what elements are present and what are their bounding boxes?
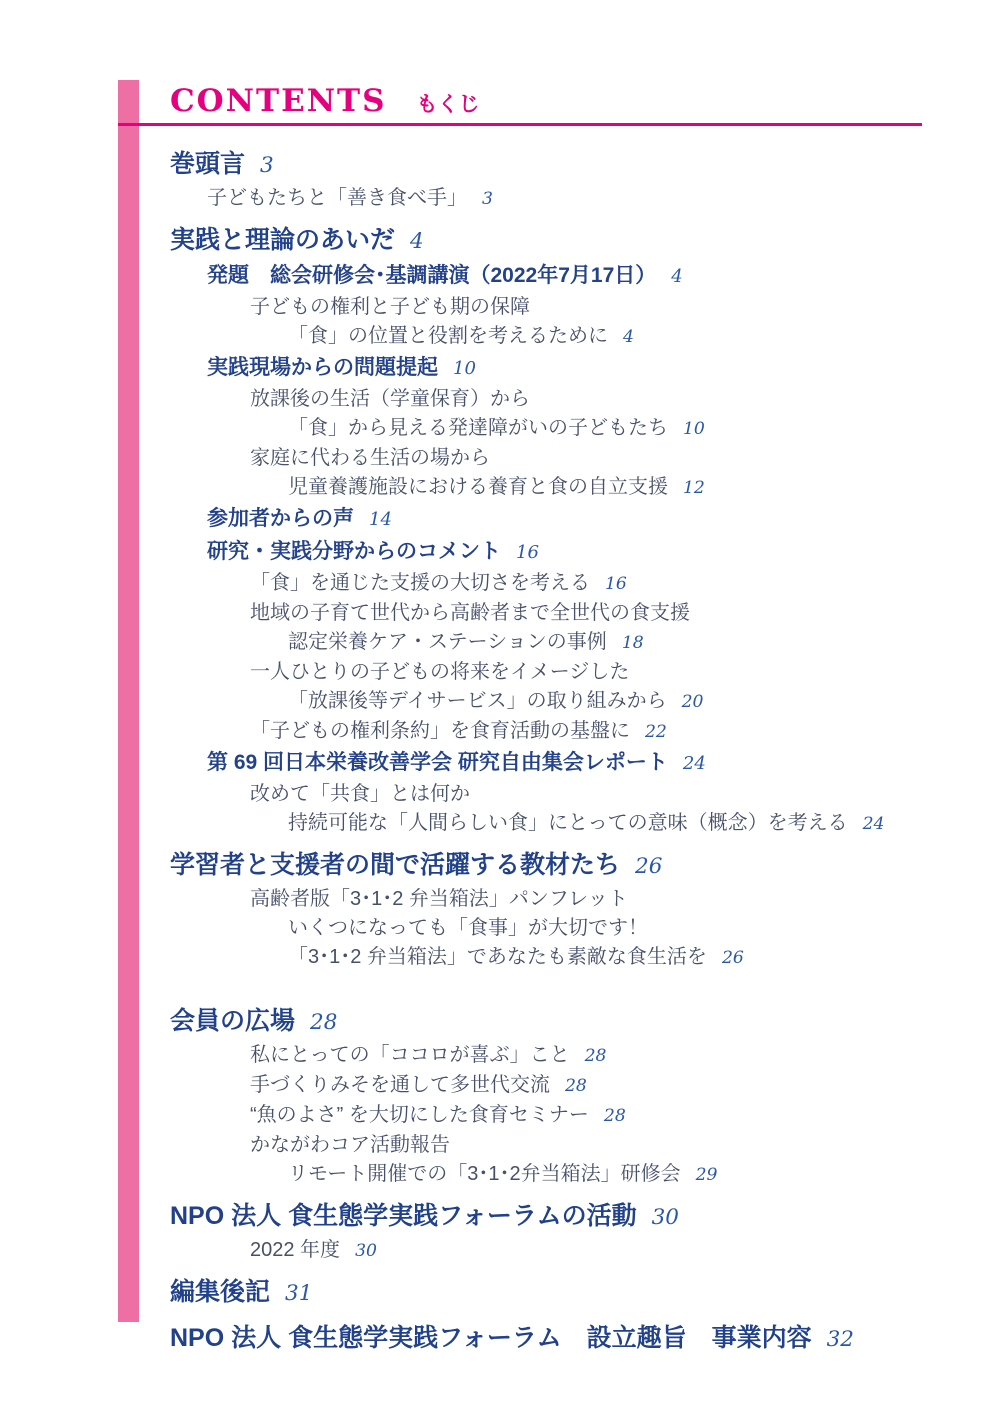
toc-entry-title: 2022 年度: [250, 1239, 340, 1261]
toc-entry: NPO 法人 食生態学実践フォーラムの活動30: [170, 1198, 960, 1236]
toc-entry: 児童養護施設における養育と食の自立支援12: [288, 473, 960, 503]
toc-entry-title: 編集後記: [170, 1278, 270, 1306]
toc-entry: 巻頭言3: [170, 146, 960, 184]
toc-entry: 子どもの権利と子ども期の保障: [250, 293, 960, 322]
toc-entry: 一人ひとりの子どもの将来をイメージした: [250, 658, 960, 687]
toc-entry-title: 発題 総会研修会･基調講演（2022年7月17日）: [207, 264, 656, 287]
toc-entry-title: 子どもたちと「善き食べ手」: [207, 187, 467, 209]
toc-entry: リモート開催での「3･1･2弁当箱法」研修会29: [288, 1160, 960, 1190]
toc-entry-page-number: 10: [453, 358, 476, 379]
toc-entry-page-number: 4: [671, 266, 682, 287]
toc-entry-title: 持続可能な「人間らしい食」にとっての意味（概念）を考える: [288, 812, 848, 834]
toc-entry-title: NPO 法人 食生態学実践フォーラム 設立趣旨 事業内容: [170, 1324, 812, 1352]
toc-entry-page-number: 10: [683, 419, 705, 439]
toc-entry-title: 「食」の位置と役割を考えるために: [288, 325, 608, 347]
toc-entry: 「食」を通じた支援の大切さを考える16: [250, 569, 960, 599]
toc-entry: 子どもたちと「善き食べ手」3: [207, 184, 960, 214]
toc-entry-page-number: 28: [565, 1076, 587, 1096]
toc-entry: 高齢者版「3･1･2 弁当箱法」パンフレット: [250, 885, 960, 914]
contents-header: CONTENTS もくじ: [170, 84, 480, 118]
toc-entry-title: 会員の広場: [170, 1007, 295, 1035]
toc-entry-page-number: 14: [369, 509, 392, 530]
toc-entry-page-number: 18: [622, 633, 644, 653]
toc-entry-title: 「食」を通じた支援の大切さを考える: [250, 572, 590, 594]
toc-entry-page-number: 28: [585, 1046, 607, 1066]
toc-entry-page-number: 30: [652, 1205, 679, 1230]
left-accent-bar: [118, 80, 139, 1322]
toc-entry-title: 児童養護施設における養育と食の自立支援: [288, 476, 668, 498]
toc-entry: 地域の子育て世代から高齢者まで全世代の食支援: [250, 599, 960, 628]
toc-entry: 改めて「共食」とは何か: [250, 780, 960, 809]
toc-entry-title: 認定栄養ケア・ステーションの事例: [288, 631, 607, 653]
toc-entry-title: “魚のよさ” を大切にした食育セミナー: [250, 1104, 589, 1126]
table-of-contents: 巻頭言3子どもたちと「善き食べ手」3実践と理論のあいだ4発題 総会研修会･基調講…: [170, 146, 960, 1358]
toc-entry: 第 69 回日本栄養改善学会 研究自由集会レポート24: [207, 747, 960, 780]
toc-entry-title: 地域の子育て世代から高齢者まで全世代の食支援: [250, 602, 690, 624]
toc-entry-page-number: 4: [410, 229, 424, 254]
toc-entry-page-number: 30: [355, 1241, 377, 1261]
toc-entry: 持続可能な「人間らしい食」にとっての意味（概念）を考える24: [288, 809, 960, 839]
toc-entry-title: 学習者と支援者の間で活躍する教材たち: [170, 851, 620, 879]
toc-entry-title: 一人ひとりの子どもの将来をイメージした: [250, 661, 629, 683]
toc-entry-title: 家庭に代わる生活の場から: [250, 447, 490, 469]
toc-entry-page-number: 3: [482, 189, 493, 209]
contents-title: CONTENTS: [170, 84, 387, 118]
toc-entry-title: 改めて「共食」とは何か: [250, 783, 470, 805]
toc-entry-title: 参加者からの声: [207, 507, 354, 530]
toc-entry-title: 「放課後等デイサービス」の取り組みから: [288, 690, 667, 712]
toc-entry-page-number: 31: [285, 1281, 312, 1306]
toc-entry-title: NPO 法人 食生態学実践フォーラムの活動: [170, 1202, 637, 1230]
toc-entry: 発題 総会研修会･基調講演（2022年7月17日）4: [207, 260, 960, 293]
toc-entry-page-number: 26: [635, 854, 662, 879]
toc-entry: 研究・実践分野からのコメント16: [207, 536, 960, 569]
toc-entry-title: 第 69 回日本栄養改善学会 研究自由集会レポート: [207, 751, 668, 774]
toc-entry-title: いくつになっても「食事」が大切です！: [288, 917, 648, 939]
toc-entry-title: 実践と理論のあいだ: [170, 226, 395, 254]
toc-entry-page-number: 4: [623, 327, 634, 347]
toc-entry-title: 実践現場からの問題提起: [207, 356, 438, 379]
toc-entry: 放課後の生活（学童保育）から: [250, 385, 960, 414]
toc-entry: 私にとっての「ココロが喜ぶ」こと28: [250, 1041, 960, 1071]
toc-entry-page-number: 16: [605, 574, 627, 594]
toc-entry-page-number: 26: [722, 948, 744, 968]
toc-entry: 手づくりみそを通して多世代交流28: [250, 1071, 960, 1101]
toc-entry-page-number: 32: [827, 1327, 854, 1352]
toc-entry-page-number: 16: [516, 542, 539, 563]
toc-entry-title: 高齢者版「3･1･2 弁当箱法」パンフレット: [250, 888, 628, 910]
toc-entry-page-number: 29: [696, 1165, 718, 1185]
header-divider-line: [118, 123, 922, 126]
contents-subtitle-japanese: もくじ: [417, 88, 480, 118]
toc-entry: 2022 年度30: [250, 1236, 960, 1266]
toc-page: CONTENTS もくじ 巻頭言3子どもたちと「善き食べ手」3実践と理論のあいだ…: [0, 0, 1000, 1414]
toc-entry-title: 放課後の生活（学童保育）から: [250, 388, 530, 410]
toc-entry-title: 「食」から見える発達障がいの子どもたち: [288, 417, 668, 439]
toc-entry-page-number: 12: [683, 478, 705, 498]
toc-entry-page-number: 28: [310, 1010, 337, 1035]
toc-entry: 「子どもの権利条約」を食育活動の基盤に22: [250, 717, 960, 747]
toc-entry: NPO 法人 食生態学実践フォーラム 設立趣旨 事業内容32: [170, 1320, 960, 1358]
toc-entry: 「食」の位置と役割を考えるために4: [288, 322, 960, 352]
toc-entry-title: 私にとっての「ココロが喜ぶ」こと: [250, 1044, 570, 1066]
toc-entry-title: 「3･1･2 弁当箱法」であなたも素敵な食生活を: [288, 946, 707, 968]
toc-entry-page-number: 20: [682, 692, 704, 712]
toc-entry: 家庭に代わる生活の場から: [250, 444, 960, 473]
toc-entry-page-number: 22: [645, 722, 667, 742]
toc-entry: かながわコア活動報告: [250, 1131, 960, 1160]
toc-entry-page-number: 24: [863, 814, 885, 834]
toc-entry-title: リモート開催での「3･1･2弁当箱法」研修会: [288, 1163, 681, 1185]
toc-entry: 編集後記31: [170, 1274, 960, 1312]
toc-entry-title: 手づくりみそを通して多世代交流: [250, 1074, 550, 1096]
toc-entry-title: 研究・実践分野からのコメント: [207, 540, 501, 563]
toc-entry: 「食」から見える発達障がいの子どもたち10: [288, 414, 960, 444]
toc-entry: 「3･1･2 弁当箱法」であなたも素敵な食生活を26: [288, 943, 960, 973]
toc-entry: 会員の広場28: [170, 1003, 960, 1041]
toc-entry: 実践と理論のあいだ4: [170, 222, 960, 260]
toc-entry-title: 子どもの権利と子ども期の保障: [250, 296, 530, 318]
toc-entry-page-number: 24: [683, 753, 706, 774]
toc-entry-title: かながわコア活動報告: [250, 1134, 450, 1156]
toc-entry-title: 巻頭言: [170, 150, 245, 178]
toc-entry: 参加者からの声14: [207, 503, 960, 536]
toc-entry: 実践現場からの問題提起10: [207, 352, 960, 385]
toc-entry-page-number: 28: [604, 1106, 626, 1126]
toc-entry-title: 「子どもの権利条約」を食育活動の基盤に: [250, 720, 630, 742]
toc-entry-page-number: 3: [260, 153, 274, 178]
toc-entry: 認定栄養ケア・ステーションの事例18: [288, 628, 960, 658]
toc-entry: 学習者と支援者の間で活躍する教材たち26: [170, 847, 960, 885]
toc-entry: “魚のよさ” を大切にした食育セミナー28: [250, 1101, 960, 1131]
toc-entry: 「放課後等デイサービス」の取り組みから20: [288, 687, 960, 717]
toc-entry: いくつになっても「食事」が大切です！: [288, 914, 960, 943]
